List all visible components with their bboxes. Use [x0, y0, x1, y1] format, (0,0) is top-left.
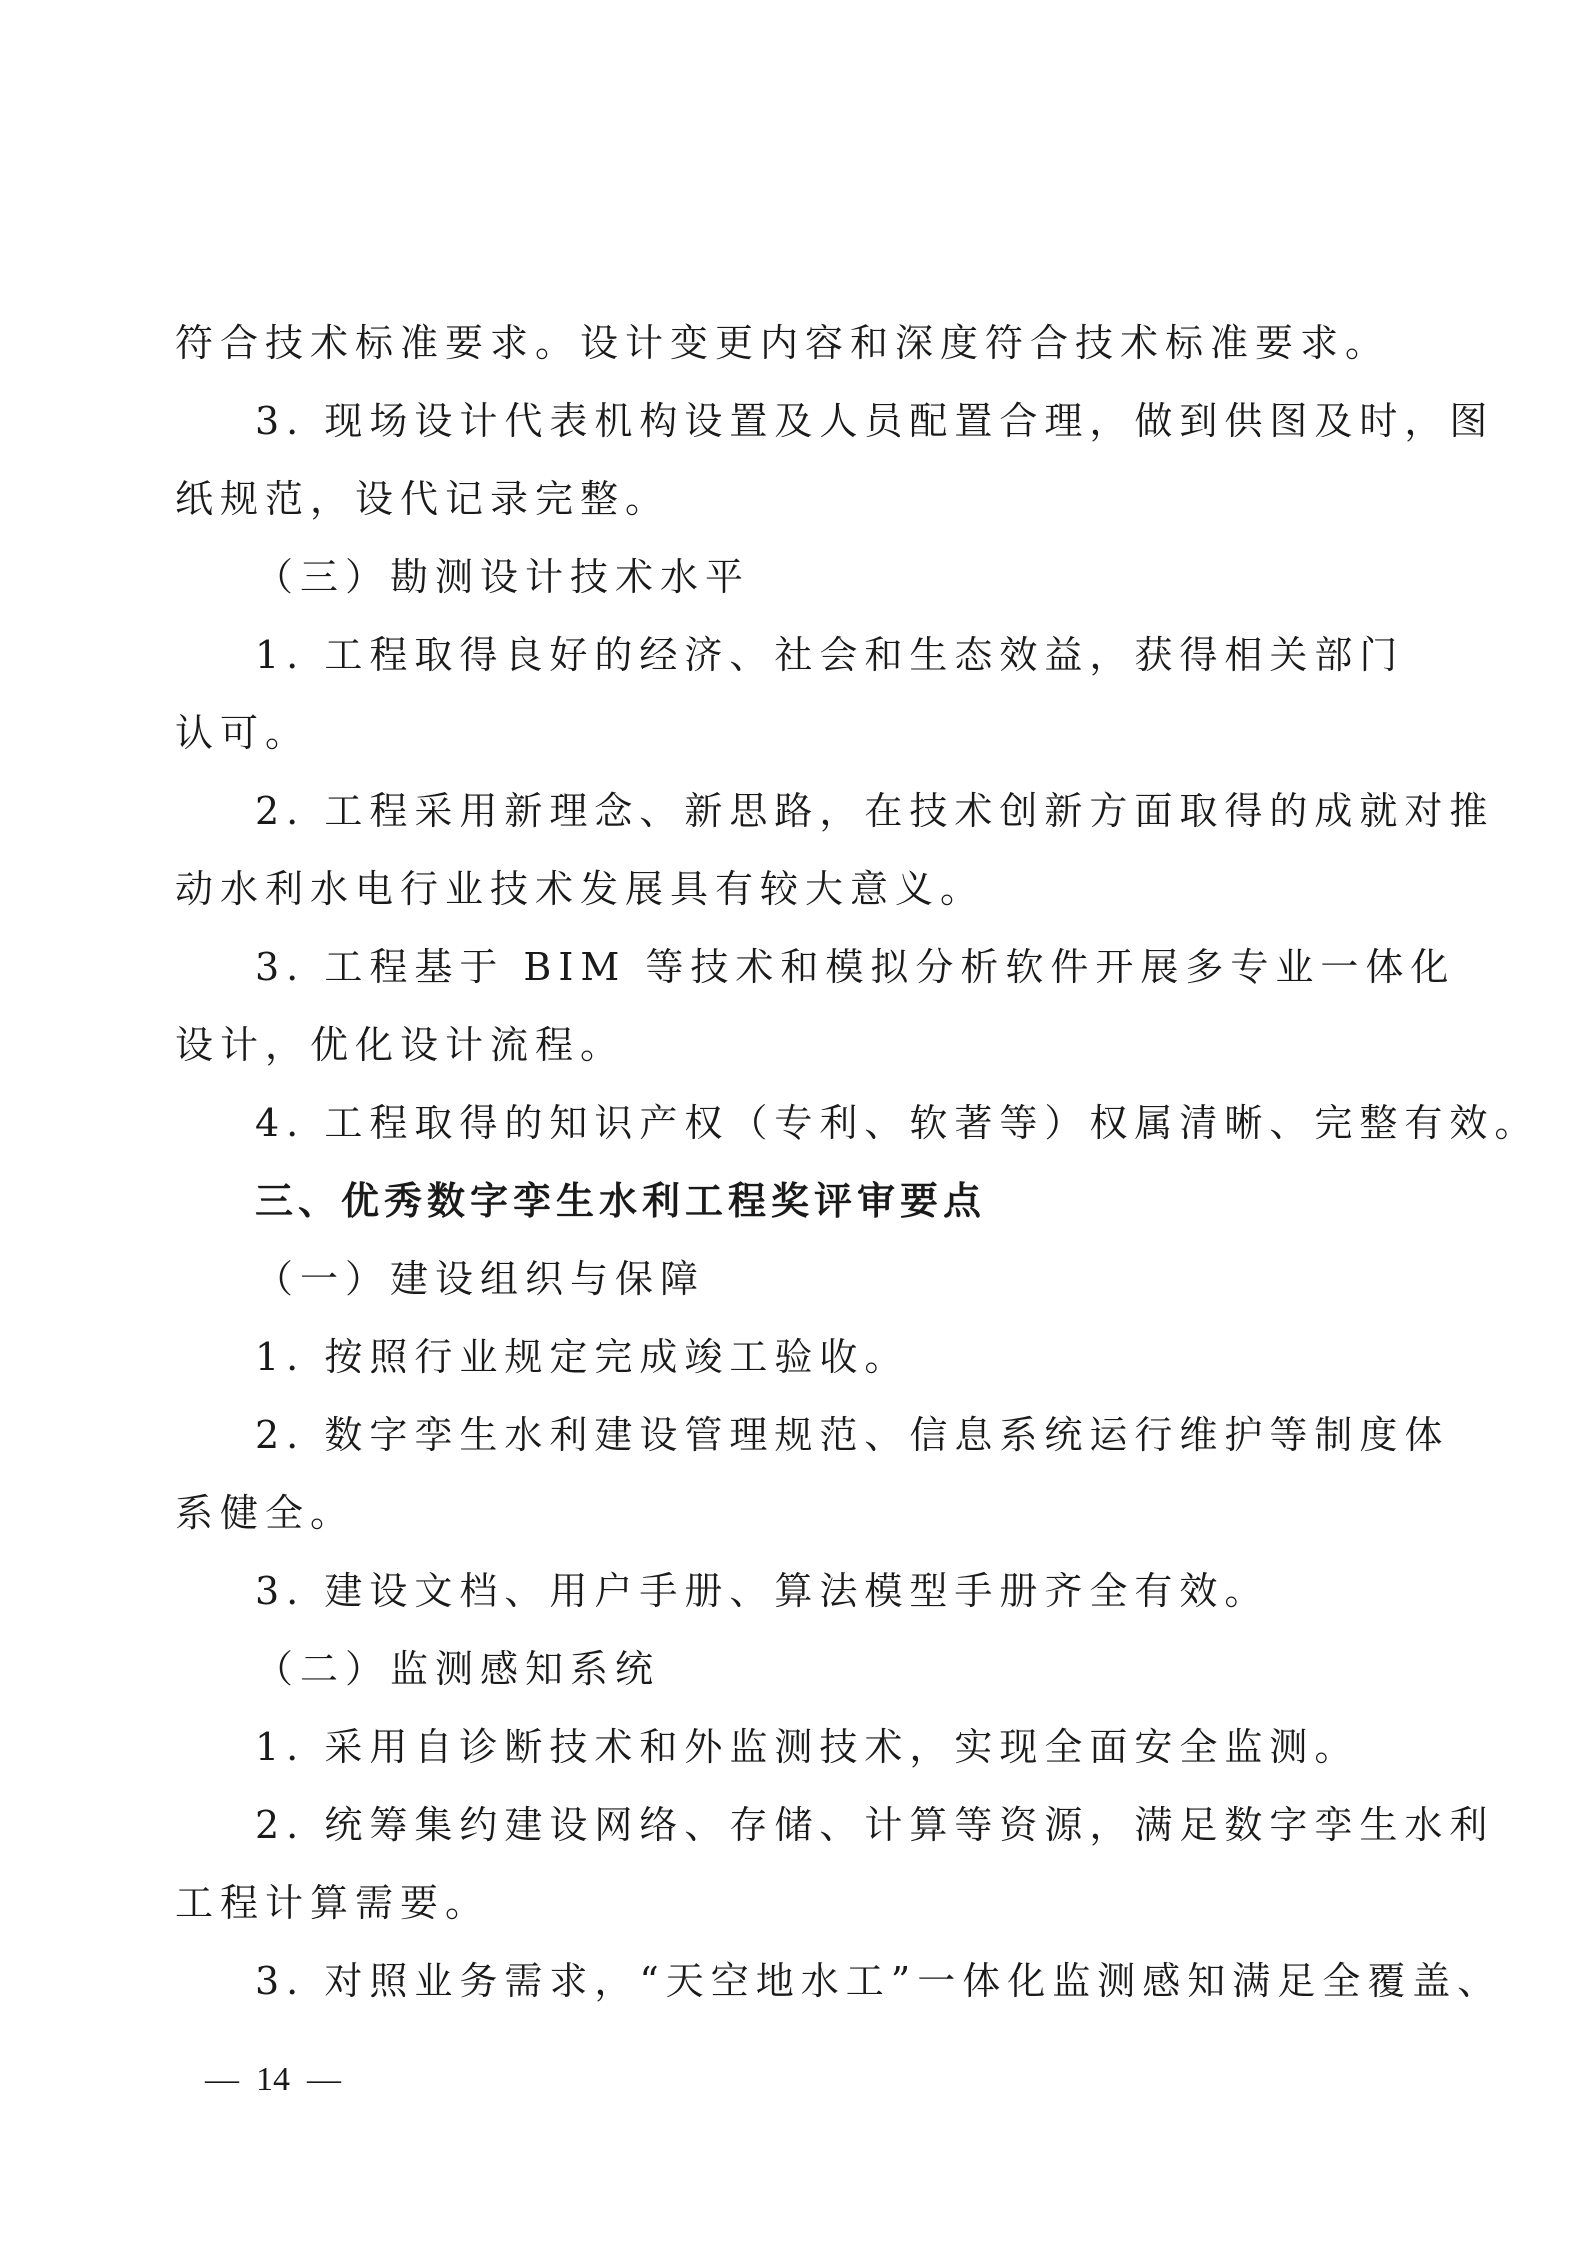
paragraph-line: 纸规范，设代记录完整。 — [175, 474, 1355, 524]
page-number: — 14 — — [205, 2060, 341, 2100]
paragraph-line: 3. 建设文档、用户手册、算法模型手册齐全有效。 — [255, 1566, 1435, 1616]
paragraph-line: 2. 数字孪生水利建设管理规范、信息系统运行维护等制度体 — [255, 1410, 1435, 1460]
document-page: 符合技术标准要求。设计变更内容和深度符合技术标准要求。 3. 现场设计代表机构设… — [0, 0, 1587, 2244]
paragraph-line: 2. 工程采用新理念、新思路，在技术创新方面取得的成就对推 — [255, 786, 1435, 836]
paragraph-line: 1. 按照行业规定完成竣工验收。 — [255, 1332, 1435, 1382]
paragraph-line: 3. 对照业务需求，“天空地水工”一体化监测感知满足全覆盖、 — [255, 1956, 1435, 2006]
subsection-heading: （二）监测感知系统 — [255, 1644, 1435, 1694]
paragraph-line: 2. 统筹集约建设网络、存储、计算等资源，满足数字孪生水利 — [255, 1800, 1435, 1850]
subsection-heading: （三）勘测设计技术水平 — [255, 552, 1435, 602]
paragraph-line: 工程计算需要。 — [175, 1878, 1355, 1928]
paragraph-line: 系健全。 — [175, 1488, 1355, 1538]
paragraph-line: 4. 工程取得的知识产权（专利、软著等）权属清晰、完整有效。 — [255, 1098, 1435, 1148]
subsection-heading: （一）建设组织与保障 — [255, 1254, 1435, 1304]
paragraph-line: 设计，优化设计流程。 — [175, 1020, 1355, 1070]
section-heading: 三、优秀数字孪生水利工程奖评审要点 — [255, 1176, 1435, 1226]
paragraph-line: 动水利水电行业技术发展具有较大意义。 — [175, 864, 1355, 914]
paragraph-line: 1. 工程取得良好的经济、社会和生态效益，获得相关部门 — [255, 630, 1435, 680]
paragraph-line: 3. 现场设计代表机构设置及人员配置合理，做到供图及时，图 — [255, 396, 1435, 446]
paragraph-line: 3. 工程基于 BIM 等技术和模拟分析软件开展多专业一体化 — [255, 942, 1435, 992]
paragraph-line: 符合技术标准要求。设计变更内容和深度符合技术标准要求。 — [175, 318, 1355, 368]
paragraph-line: 1. 采用自诊断技术和外监测技术，实现全面安全监测。 — [255, 1722, 1435, 1772]
paragraph-line: 认可。 — [175, 708, 1355, 758]
